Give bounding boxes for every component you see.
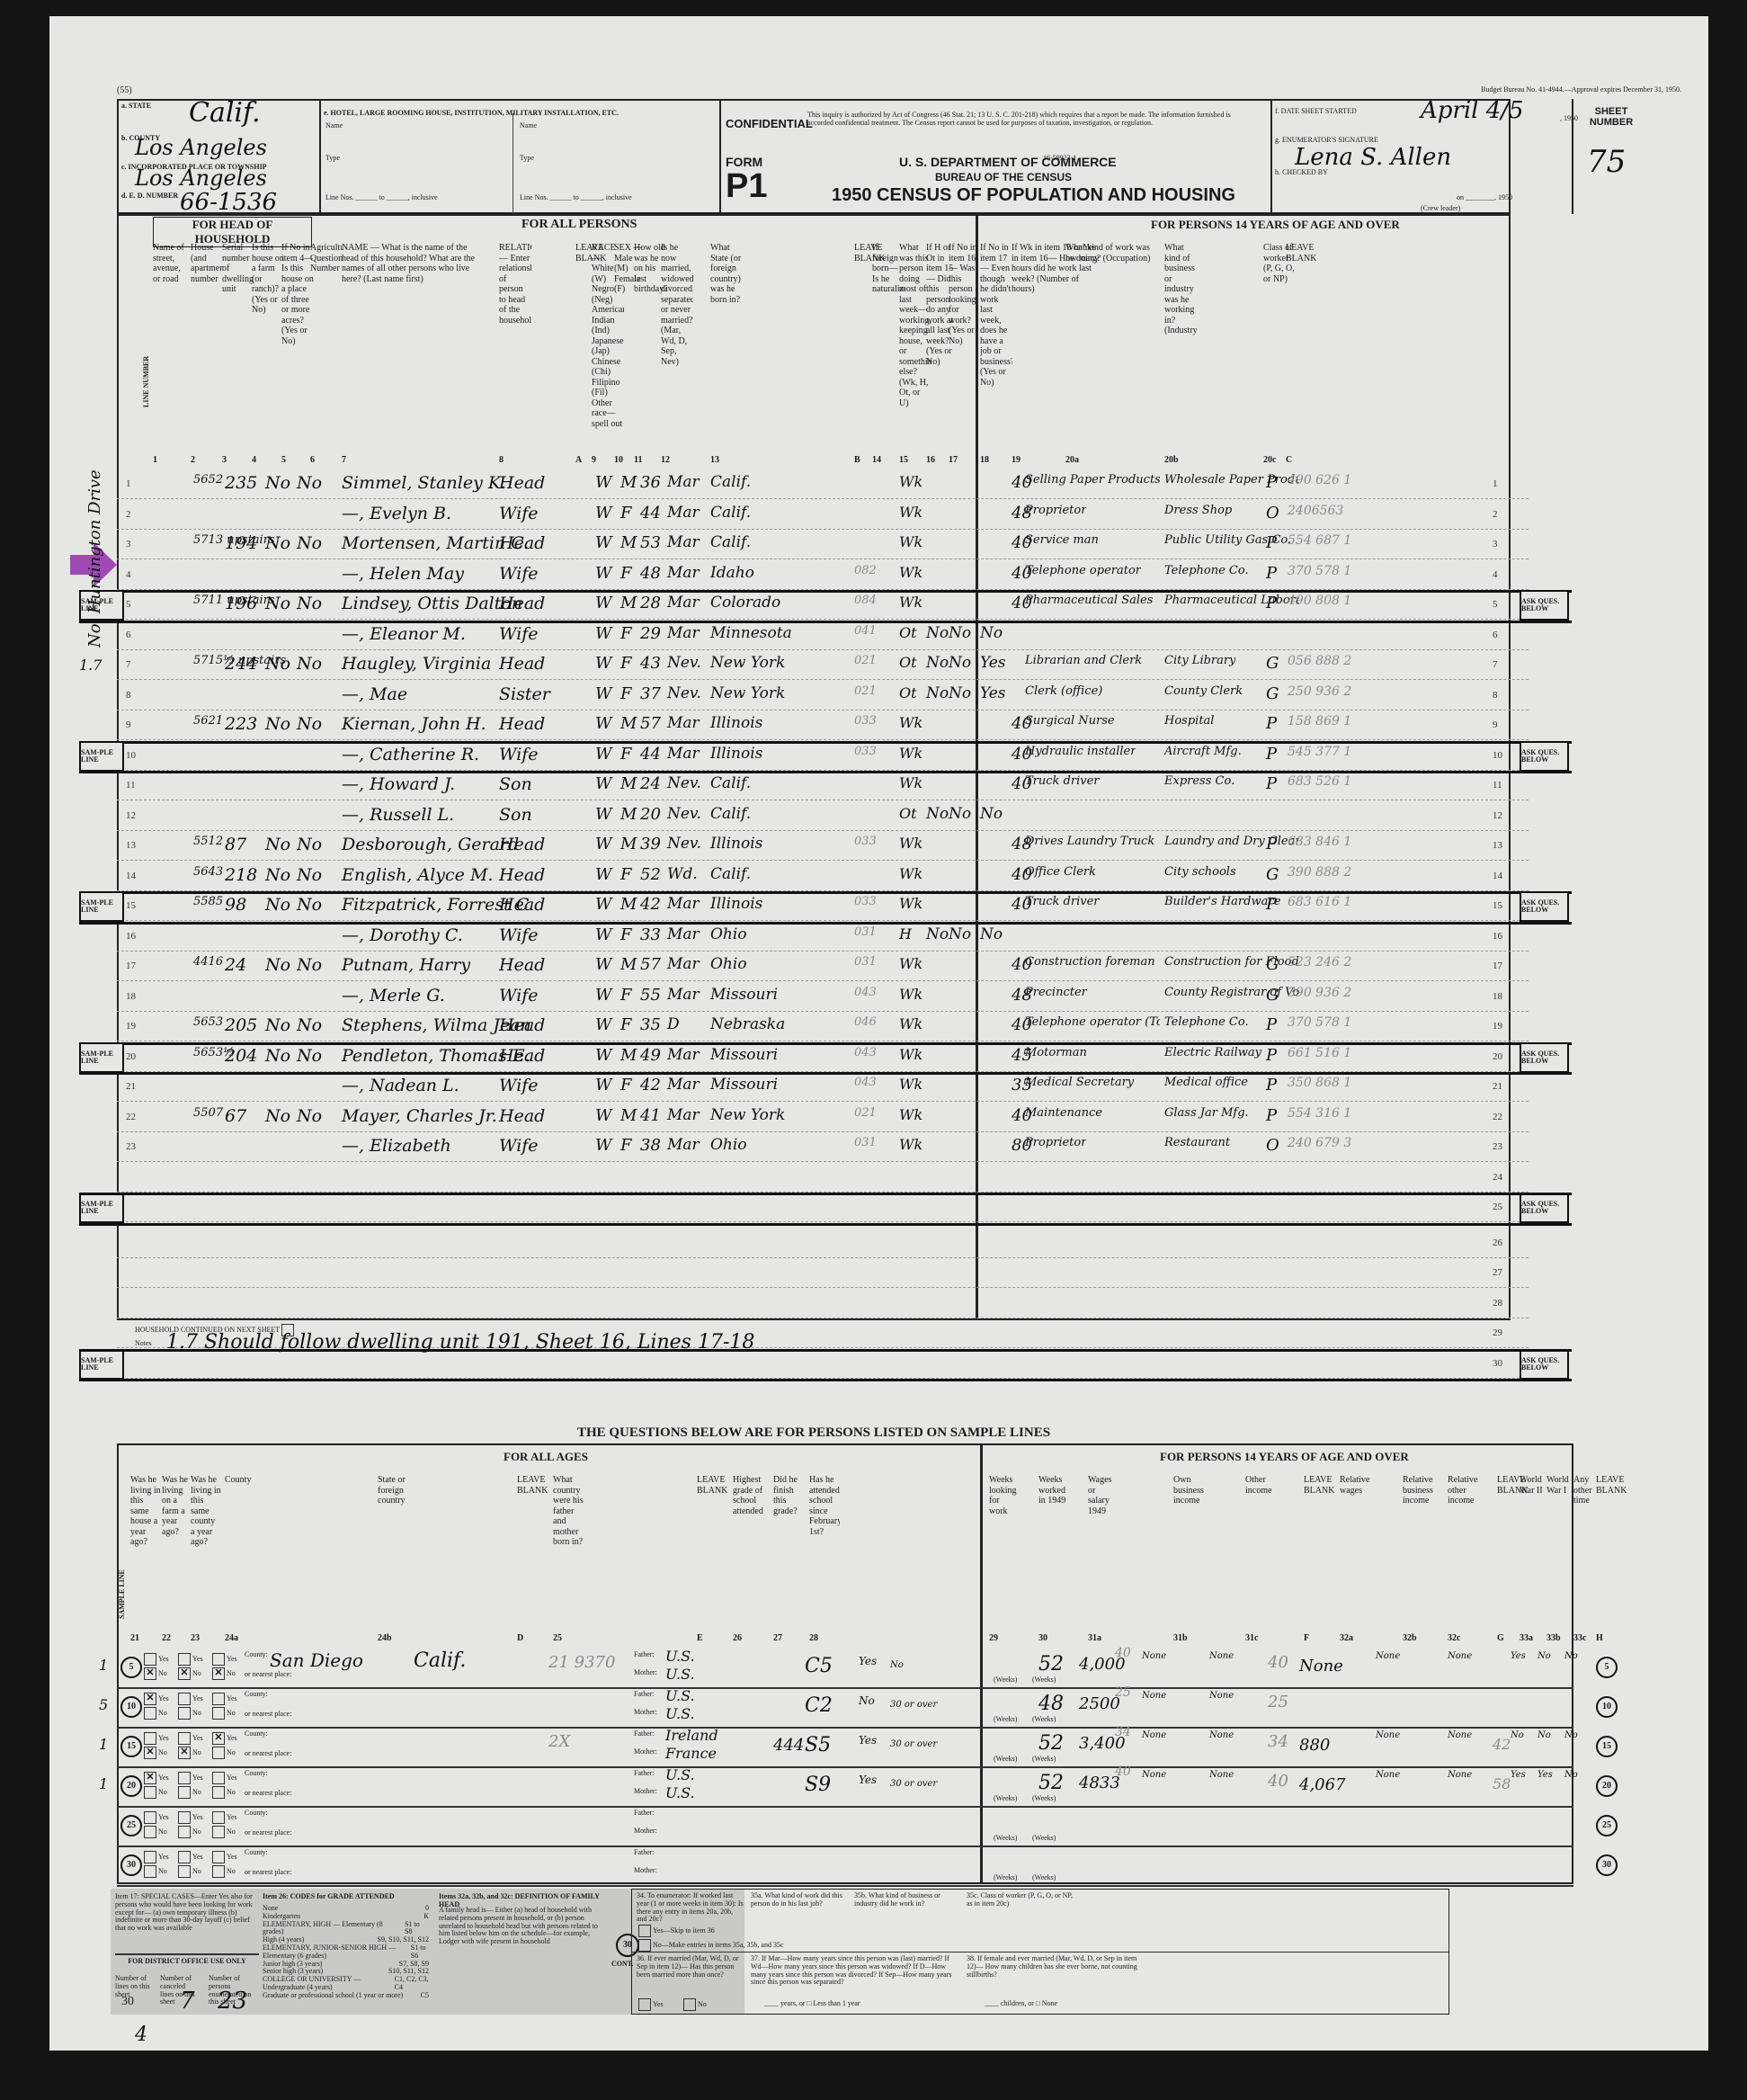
cell-birthplace: Calif.: [710, 473, 751, 491]
sample-cell-father: U.S.: [665, 1648, 695, 1665]
nearest-place-label: or nearest place:: [245, 1750, 291, 1758]
q21-yes-option[interactable]: Yes: [144, 1653, 169, 1666]
cell-class: P: [1266, 774, 1277, 793]
cell-activity: Wk: [899, 564, 923, 581]
sample-cell-q32b: None: [1376, 1730, 1400, 1740]
left-mark: 1: [99, 1775, 108, 1792]
cell-farm: No: [265, 955, 290, 975]
line-number-right: 5: [1493, 599, 1498, 610]
q22-yes-checkbox[interactable]: [178, 1851, 191, 1863]
q21-no-checkbox[interactable]: [144, 1865, 156, 1878]
q21-yes-checkbox[interactable]: [144, 1653, 156, 1666]
mother-label: Mother:: [634, 1827, 657, 1836]
q21-yes-option[interactable]: ✕Yes: [144, 1772, 169, 1784]
sample-cell-q33c: No: [1564, 1730, 1578, 1740]
cell-sex: M: [620, 594, 637, 612]
q23-no-option[interactable]: No: [212, 1747, 236, 1759]
q22-no-option[interactable]: ✕No: [178, 1747, 201, 1759]
q22-yes-checkbox[interactable]: [178, 1732, 191, 1745]
checkbox-label: No: [227, 1669, 236, 1677]
checkbox-label: No: [227, 1867, 236, 1875]
q22-no-checkbox[interactable]: ✕: [178, 1667, 191, 1680]
column-number: 17: [949, 455, 958, 466]
sample-cell-grade: S5: [805, 1734, 831, 1756]
checked-label: h. CHECKED BY: [1275, 169, 1328, 177]
cell-marital: Mar: [667, 986, 700, 1004]
cell-marital: Mar: [667, 1046, 700, 1064]
q23-no-option[interactable]: No: [212, 1707, 236, 1720]
cell-b: 041: [854, 624, 877, 638]
checkbox-label: Yes: [158, 1694, 169, 1702]
q34-no-checkbox[interactable]: [638, 1939, 651, 1952]
cell-age: 49: [640, 1046, 661, 1065]
ask-questions-tag: ASK QUES. BELOW: [1520, 1349, 1569, 1380]
cell-c: 250 936 2: [1288, 684, 1351, 699]
q22-yes-option[interactable]: Yes: [178, 1732, 203, 1745]
ask-questions-tag: ASK QUES. BELOW: [1520, 1193, 1569, 1223]
q23-no-option[interactable]: No: [212, 1865, 236, 1878]
cell-industry: Medical office: [1164, 1076, 1248, 1089]
q22-yes-option[interactable]: Yes: [178, 1653, 203, 1666]
cell-age: 38: [640, 1136, 661, 1155]
cell-race: W: [595, 1106, 612, 1125]
cell-birthplace: Illinois: [710, 745, 762, 763]
sample-cell-q31c: None: [1209, 1770, 1234, 1780]
sample-cell-finish: Yes: [859, 1655, 877, 1667]
cell-age: 39: [640, 835, 661, 853]
cell-occupation: Proprietor: [1025, 1136, 1086, 1149]
cell-occupation: Clerk (office): [1025, 684, 1102, 698]
line-number-right: 4: [1493, 569, 1498, 580]
cell-name: Mayer, Charles Jr.: [342, 1106, 497, 1126]
sample-cell-q31b: None: [1142, 1770, 1166, 1780]
sample-cell-state: Calif.: [414, 1649, 466, 1672]
line-number: 21: [126, 1081, 136, 1092]
sample-line-rule: [79, 741, 1572, 744]
cell-serial: 205: [225, 1015, 257, 1035]
checkbox-label: Yes: [192, 1694, 203, 1702]
cell-house: 5585: [193, 895, 223, 908]
cell-birthplace: Colorado: [710, 594, 780, 612]
q22-yes-option[interactable]: Yes: [178, 1772, 203, 1784]
cell-b: 043: [854, 1076, 877, 1089]
cell-age: 29: [640, 624, 661, 643]
column-label: Agriculture Questionnaire Number: [310, 243, 343, 274]
census-row: [117, 621, 1529, 650]
q23-yes-option[interactable]: Yes: [212, 1851, 237, 1863]
cell-c: 523 246 2: [1288, 955, 1351, 970]
q23-yes-option[interactable]: Yes: [212, 1653, 237, 1666]
column-label: Is this house on a farm (or ranch)? (Yes…: [252, 243, 284, 316]
line-number-right: 10: [1493, 750, 1502, 761]
cell-industry: County Registrar of Voters: [1164, 986, 1299, 999]
grade-code-value: S1 to S8: [405, 1921, 429, 1937]
sample-column-number: G: [1497, 1633, 1504, 1644]
q23-no-checkbox[interactable]: [212, 1747, 225, 1759]
q22-yes-checkbox[interactable]: [178, 1693, 191, 1705]
checkbox-label: No: [192, 1748, 201, 1756]
cell-occupation: Truck driver: [1025, 774, 1100, 788]
cell-serial: 223: [225, 714, 257, 734]
sample-cell-f: 40: [1268, 1653, 1288, 1672]
q23-no-option[interactable]: ✕No: [212, 1667, 236, 1680]
cell-occupation: Surgical Nurse: [1025, 714, 1115, 728]
cell-c: 490 626 1: [1288, 473, 1351, 487]
sheet-number: 75: [1587, 144, 1626, 180]
cell-rel: Sister: [499, 684, 550, 704]
sample-line-marker-right: 20: [1596, 1775, 1618, 1797]
cell-age: 52: [640, 865, 661, 884]
type-label-2: Type: [520, 155, 534, 163]
cell-race: W: [595, 1046, 612, 1065]
checkbox-label: No: [192, 1709, 201, 1717]
sample-cell-q32a: 4,067: [1299, 1775, 1346, 1794]
q22-yes-checkbox[interactable]: [178, 1772, 191, 1784]
cell-rel: Head: [499, 533, 545, 553]
q21-yes-checkbox[interactable]: ✕: [144, 1772, 156, 1784]
cell-activity: Wk: [899, 714, 923, 731]
cell-race: W: [595, 986, 612, 1005]
checkbox-label: No: [227, 1788, 236, 1796]
q37-answer: ____ years, or □ Less than 1 year: [764, 2000, 860, 2008]
cell-sex: F: [620, 865, 632, 884]
cell-farm: No: [265, 714, 290, 734]
q22-no-checkbox[interactable]: [178, 1786, 191, 1799]
q36-no-checkbox[interactable]: [683, 1998, 696, 2011]
sample-cell-q32c: None: [1448, 1730, 1472, 1740]
grade-code-row: ELEMENTARY, JUNIOR-SENIOR HIGH — Element…: [263, 1944, 429, 1961]
checkbox-label: No: [192, 1669, 201, 1677]
cell-occupation: Truck driver: [1025, 895, 1100, 908]
cell-b: 033: [854, 835, 877, 848]
sample-line-marker: 10: [120, 1696, 142, 1718]
cell-q17: No: [949, 684, 971, 702]
sheet-number-label: SHEET NUMBER: [1575, 106, 1647, 128]
q21-yes-checkbox[interactable]: [144, 1732, 156, 1745]
father-label: Father:: [634, 1770, 655, 1778]
q21-no-option[interactable]: ✕No: [144, 1667, 167, 1680]
q21-no-option[interactable]: No: [144, 1865, 167, 1878]
sample-section-title: THE QUESTIONS BELOW ARE FOR PERSONS LIST…: [117, 1425, 1511, 1441]
grade-code-label: COLLEGE OR UNIVERSITY — Undergraduate (4…: [263, 1976, 395, 1992]
q23-yes-checkbox[interactable]: [212, 1851, 225, 1863]
column-label: If No in item 16— Was this person lookin…: [949, 243, 981, 346]
checkbox-label: No: [227, 1827, 236, 1836]
sample-cell-q31a_note: 34: [1115, 1725, 1131, 1739]
weeks-label: (Weeks): [994, 1676, 1017, 1684]
q22-no-option[interactable]: ✕No: [178, 1667, 201, 1680]
line-number-right: 11: [1493, 780, 1502, 791]
sample-cell-q31c: None: [1209, 1691, 1234, 1701]
q23-yes-checkbox[interactable]: [212, 1693, 225, 1705]
sample-cell-q31a_note: 40: [1115, 1765, 1131, 1779]
column-number: 4: [252, 455, 256, 466]
sample-cell-q30: 48: [1038, 1693, 1064, 1715]
cell-race: W: [595, 1136, 612, 1155]
sample-column-label: LEAVE BLANK: [517, 1475, 548, 1496]
cell-name: —, Helen May: [342, 564, 464, 584]
state-value: Calif.: [189, 97, 261, 129]
cell-rel: Wife: [499, 564, 539, 584]
column-number: 20c: [1263, 455, 1276, 466]
q23-no-checkbox[interactable]: [212, 1826, 225, 1838]
cell-sex: F: [620, 504, 632, 523]
q36-no[interactable]: No: [683, 1998, 707, 2011]
q36-yes[interactable]: Yes: [638, 1998, 664, 2011]
line-number: 17: [126, 961, 136, 971]
column-number: C: [1286, 455, 1292, 466]
line-number: 11: [126, 780, 136, 791]
cell-class: G: [1266, 986, 1279, 1005]
checkbox-label: Yes: [227, 1774, 237, 1782]
nearest-place-label: or nearest place:: [245, 1711, 291, 1719]
cell-occupation: Selling Paper Products: [1025, 473, 1160, 487]
q22-no-checkbox[interactable]: [178, 1865, 191, 1878]
cell-birthplace: Calif.: [710, 774, 751, 792]
q21-yes-option[interactable]: ✕Yes: [144, 1693, 169, 1705]
sample-cell-q30: 52: [1038, 1653, 1064, 1676]
q23-yes-option[interactable]: ✕Yes: [212, 1732, 237, 1745]
cell-q18: Yes: [980, 684, 1006, 702]
column-number: 20b: [1164, 455, 1179, 466]
cell-c: 683 616 1: [1288, 895, 1351, 909]
cell-farm: No: [265, 865, 290, 885]
q21-no-option[interactable]: ✕No: [144, 1747, 167, 1759]
q35b: 35b. What kind of business or industry d…: [854, 1892, 962, 1908]
checkbox-label: Yes: [227, 1853, 237, 1861]
cell-age: 42: [640, 1076, 661, 1095]
cell-occupation: Hydraulic installer: [1025, 745, 1136, 758]
column-label: What State (or foreign country) was he b…: [710, 243, 743, 305]
sample-column-number: E: [697, 1633, 703, 1644]
q21-no-option[interactable]: No: [144, 1786, 167, 1799]
bureau: BUREAU OF THE CENSUS: [935, 171, 1072, 183]
sample-column-label: LEAVE BLANK: [1304, 1475, 1334, 1496]
q23-yes-option[interactable]: Yes: [212, 1772, 237, 1784]
q23-yes-checkbox[interactable]: [212, 1811, 225, 1824]
cell-marital: Mar: [667, 895, 700, 913]
q22-yes-option[interactable]: Yes: [178, 1693, 203, 1705]
cell-birthplace: Nebraska: [710, 1015, 785, 1033]
q23-yes-checkbox[interactable]: [212, 1653, 225, 1666]
sample-column-label: Weeks looking for work: [989, 1475, 1020, 1516]
sample-cell-q31b: None: [1142, 1651, 1166, 1661]
sample-cell-q30: 52: [1038, 1732, 1064, 1755]
cell-c: 350 868 1: [1288, 1076, 1351, 1090]
cell-c: 2406563: [1288, 504, 1343, 518]
sample-column-number: 31b: [1173, 1633, 1188, 1644]
q21-no-option[interactable]: No: [144, 1826, 167, 1838]
checkbox-label: No: [227, 1709, 236, 1717]
cell-industry: Construction for Flood Control: [1164, 955, 1299, 969]
q23-no-checkbox[interactable]: [212, 1865, 225, 1878]
sample-cell-county: San Diego: [270, 1649, 363, 1671]
q21-no-checkbox[interactable]: ✕: [144, 1747, 156, 1759]
q21-yes-checkbox[interactable]: [144, 1811, 156, 1824]
date-label: f. DATE SHEET STARTED: [1275, 108, 1357, 116]
q22-no-checkbox[interactable]: [178, 1707, 191, 1720]
sample-cell-f: 34: [1268, 1732, 1288, 1751]
q23-no-checkbox[interactable]: [212, 1707, 225, 1720]
cell-c: 490 808 1: [1288, 594, 1351, 608]
cell-c: 554 316 1: [1288, 1106, 1351, 1121]
checkbox-label: Yes: [227, 1655, 237, 1663]
q22-no-checkbox[interactable]: [178, 1826, 191, 1838]
sample-cell-finish: Yes: [859, 1774, 877, 1786]
q21-yes-option[interactable]: Yes: [144, 1851, 169, 1863]
checkbox-label: Yes: [192, 1813, 203, 1821]
q36-no-label: No: [698, 2000, 707, 2008]
weeks-label: (Weeks): [994, 1835, 1017, 1843]
cell-sex: F: [620, 1076, 632, 1095]
checkbox-label: No: [158, 1867, 167, 1875]
q22-yes-checkbox[interactable]: [178, 1653, 191, 1666]
column-number: 2: [191, 455, 195, 466]
name-label-1: Name: [325, 122, 343, 130]
cell-marital: Mar: [667, 594, 700, 612]
cell-industry: Glass Jar Mfg.: [1164, 1106, 1249, 1120]
q22-no-checkbox[interactable]: ✕: [178, 1747, 191, 1759]
cell-occupation: Proprietor: [1025, 504, 1086, 517]
cell-race: W: [595, 564, 612, 583]
q22-no-option[interactable]: No: [178, 1707, 201, 1720]
q36: 36. If ever married (Mar, Wd, D, or Sep …: [637, 1955, 744, 1979]
cell-class: G: [1266, 955, 1279, 974]
sample-cell-q33a: No: [1511, 1730, 1524, 1740]
column-label: Name of street, avenue, or road: [153, 243, 185, 284]
census-row-empty: [117, 1163, 1529, 1193]
cell-class: P: [1266, 564, 1277, 583]
cell-class: P: [1266, 1106, 1277, 1125]
sample-cell-q31a_note: 25: [1115, 1685, 1131, 1700]
cell-race: W: [595, 955, 612, 974]
q21-no-checkbox[interactable]: [144, 1707, 156, 1720]
cell-race: W: [595, 533, 612, 552]
line-number: 19: [126, 1021, 136, 1032]
grade-code-value: K: [423, 1913, 429, 1921]
q21-yes-checkbox[interactable]: ✕: [144, 1693, 156, 1705]
q34-yes-label: Yes—Skip to item 36: [653, 1926, 715, 1935]
cell-activity: Wk: [899, 594, 923, 611]
line-number: 4: [126, 569, 131, 580]
cell-serial: 87: [225, 835, 246, 854]
cell-activity: Wk: [899, 504, 923, 521]
q21-no-checkbox[interactable]: [144, 1786, 156, 1799]
ask-questions-tag: ASK QUES. BELOW: [1520, 1042, 1569, 1073]
cell-sex: F: [620, 564, 632, 583]
q22-no-option[interactable]: No: [178, 1865, 201, 1878]
cell-occupation: Pharmaceutical Sales: [1025, 594, 1153, 607]
section-persons-14: FOR PERSONS 14 YEARS OF AGE AND OVER: [1151, 218, 1400, 232]
cell-class: P: [1266, 473, 1277, 492]
cell-marital: Mar: [667, 473, 700, 491]
father-label: Father:: [634, 1730, 655, 1738]
cell-industry: City schools: [1164, 865, 1236, 879]
cell-occupation: Office Clerk: [1025, 865, 1096, 879]
checkbox-label: Yes: [158, 1853, 169, 1861]
cell-house: 5512: [193, 835, 223, 848]
q22-no-option[interactable]: No: [178, 1826, 201, 1838]
sample-column-number: 21: [130, 1633, 139, 1644]
cell-rel: Head: [499, 654, 545, 674]
cell-acres: No: [297, 714, 322, 734]
q22-yes-option[interactable]: Yes: [178, 1851, 203, 1863]
family-head-text: A family head is— Either (a) head of hou…: [439, 1907, 610, 1946]
cell-name: English, Alyce M.: [342, 865, 493, 885]
q22-no-option[interactable]: No: [178, 1786, 201, 1799]
left-mark: 1: [99, 1657, 108, 1674]
cell-farm: No: [265, 533, 290, 553]
q21-no-checkbox[interactable]: [144, 1826, 156, 1838]
cell-race: W: [595, 835, 612, 853]
sample-cell-mother: U.S.: [665, 1705, 695, 1722]
q23-yes-option[interactable]: Yes: [212, 1811, 237, 1824]
cell-name: Putnam, Harry: [342, 955, 470, 975]
notes-label: Notes: [135, 1340, 152, 1348]
cell-name: Kiernan, John H.: [342, 714, 486, 734]
cell-activity: Wk: [899, 865, 923, 882]
q22-yes-checkbox[interactable]: [178, 1811, 191, 1824]
q23-yes-option[interactable]: Yes: [212, 1693, 237, 1705]
grade-code-row: ELEMENTARY, HIGH — Elementary (8 grades)…: [263, 1921, 429, 1937]
q21-yes-option[interactable]: Yes: [144, 1732, 169, 1745]
q34-yes[interactable]: Yes—Skip to item 36: [638, 1925, 715, 1937]
cell-marital: D: [667, 1015, 680, 1033]
sample-column-label: State or foreign country: [378, 1475, 408, 1506]
q34: 34. To enumerator: If worked last year (…: [637, 1892, 744, 1924]
q21-yes-checkbox[interactable]: [144, 1851, 156, 1863]
q23-no-option[interactable]: No: [212, 1786, 236, 1799]
county-field-label: County:: [245, 1849, 268, 1857]
q21-no-option[interactable]: No: [144, 1707, 167, 1720]
sample-cell-q28: 30 or over: [890, 1739, 937, 1749]
cell-birthplace: Idaho: [710, 564, 754, 582]
line-number: 9: [126, 719, 131, 730]
checked-suffix: on ________, 1950: [1457, 194, 1512, 202]
q21-yes-option[interactable]: Yes: [144, 1811, 169, 1824]
cell-sex: F: [620, 654, 632, 673]
special-cases: Item 17: SPECIAL CASES—Enter Yes also fo…: [115, 1893, 259, 1933]
cell-age: 48: [640, 564, 661, 583]
q23-no-checkbox[interactable]: [212, 1786, 225, 1799]
cell-industry: Telephone Co.: [1164, 564, 1249, 577]
cell-birthplace: Illinois: [710, 835, 762, 853]
line-number-right: 18: [1493, 991, 1502, 1002]
q36-yes-checkbox[interactable]: [638, 1998, 651, 2011]
cell-sex: M: [620, 955, 637, 974]
q34-yes-checkbox[interactable]: [638, 1925, 651, 1937]
q23-yes-checkbox[interactable]: [212, 1772, 225, 1784]
cell-rel: Son: [499, 774, 532, 794]
checkbox-label: Yes: [192, 1774, 203, 1782]
column-label: NAME — What is the name of the head of t…: [342, 243, 477, 284]
q23-no-option[interactable]: No: [212, 1826, 236, 1838]
q23-no-checkbox[interactable]: ✕: [212, 1667, 225, 1680]
cell-serial: 67: [225, 1106, 246, 1126]
cell-acres: No: [297, 895, 322, 915]
cell-q16: No: [926, 925, 949, 943]
sample-cell-mother: U.S.: [665, 1666, 695, 1683]
q22-yes-option[interactable]: Yes: [178, 1811, 203, 1824]
sample-cell-finish: No: [859, 1694, 875, 1707]
q34-no[interactable]: No—Make entries in items 35a, 35b, and 3…: [638, 1939, 784, 1952]
q21-no-checkbox[interactable]: ✕: [144, 1667, 156, 1680]
cell-name: —, Evelyn B.: [342, 504, 451, 523]
q23-yes-checkbox[interactable]: ✕: [212, 1732, 225, 1745]
cell-q17: No: [949, 624, 971, 642]
form-number: 16-59923-1: [1043, 155, 1076, 163]
cell-age: 57: [640, 714, 661, 733]
